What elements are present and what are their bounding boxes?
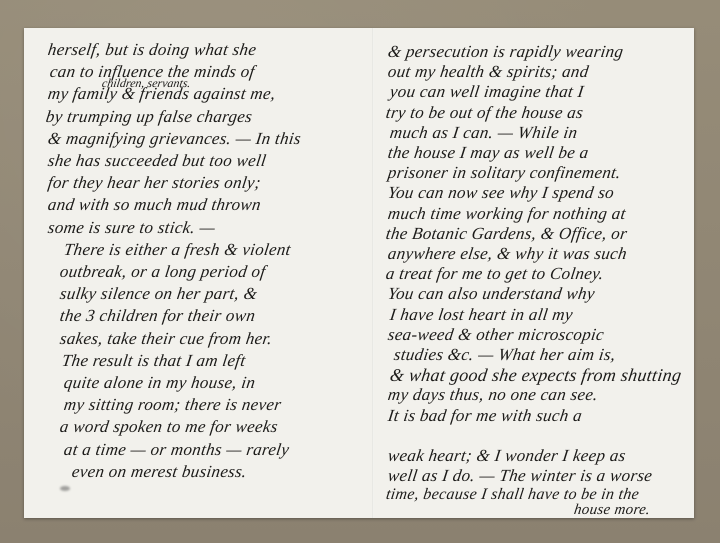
handwritten-line: anywhere else, & why it was such xyxy=(387,244,629,264)
handwritten-line: a treat for me to get to Colney. xyxy=(385,264,605,284)
handwritten-line: You can now see why I spend so xyxy=(387,183,616,203)
handwritten-line: and with so much mud thrown xyxy=(47,195,263,215)
handwritten-line: at a time — or months — rarely xyxy=(63,440,291,460)
handwritten-line: It is bad for me with such a xyxy=(387,406,584,426)
handwritten-line: & magnifying grievances. — In this xyxy=(47,129,303,149)
right-page: & persecution is rapidly wearing out my … xyxy=(374,28,694,518)
handwritten-line: some is sure to stick. — xyxy=(47,218,217,238)
handwritten-line: sakes, take their cue from her. xyxy=(59,329,274,349)
handwritten-line: even on merest business. xyxy=(71,462,248,482)
handwritten-line: my sitting room; there is never xyxy=(63,395,283,415)
handwritten-line: she has succeeded but too well xyxy=(47,151,268,171)
handwritten-line: my days thus, no one can see. xyxy=(387,385,600,405)
handwritten-line: much time working for nothing at xyxy=(387,204,627,224)
ink-smudge xyxy=(60,486,70,491)
handwritten-line: out my health & spirits; and xyxy=(387,62,590,82)
handwritten-line: I have lost heart in all my xyxy=(389,305,575,325)
handwritten-line: a word spoken to me for weeks xyxy=(59,417,280,437)
handwritten-line: quite alone in my house, in xyxy=(63,373,257,393)
left-page: herself, but is doing what she can to in… xyxy=(24,28,372,518)
handwritten-line: prisoner in solitary confinement. xyxy=(387,163,623,183)
handwritten-line: the Botanic Gardens, & Office, or xyxy=(385,224,629,244)
handwritten-line: much as I can. — While in xyxy=(389,123,579,143)
handwritten-line: for they hear her stories only; xyxy=(47,173,263,193)
handwritten-line: the 3 children for their own xyxy=(59,306,257,326)
handwritten-line: & what good she expects from shutting xyxy=(389,365,683,386)
handwritten-line: outbreak, or a long period of xyxy=(59,262,267,282)
handwritten-line: sea-weed & other microscopic xyxy=(387,325,606,345)
handwritten-line: & persecution is rapidly wearing xyxy=(387,42,625,62)
handwritten-line: my family & friends against me, xyxy=(47,84,277,104)
handwritten-line: you can well imagine that I xyxy=(389,82,585,102)
handwritten-line: herself, but is doing what she xyxy=(47,40,258,60)
handwritten-line: There is either a fresh & violent xyxy=(63,240,293,260)
handwritten-line: by trumping up false charges xyxy=(45,107,254,127)
handwritten-line: sulky silence on her part, & xyxy=(59,284,259,304)
handwritten-line: try to be out of the house as xyxy=(385,103,585,123)
handwritten-line: The result is that I am left xyxy=(61,351,247,371)
handwritten-line: the house I may as well be a xyxy=(387,143,590,163)
handwritten-line: You can also understand why xyxy=(387,284,597,304)
handwritten-line: studies &c. — What her aim is, xyxy=(393,345,617,365)
letter-sheet: herself, but is doing what she can to in… xyxy=(24,28,694,518)
